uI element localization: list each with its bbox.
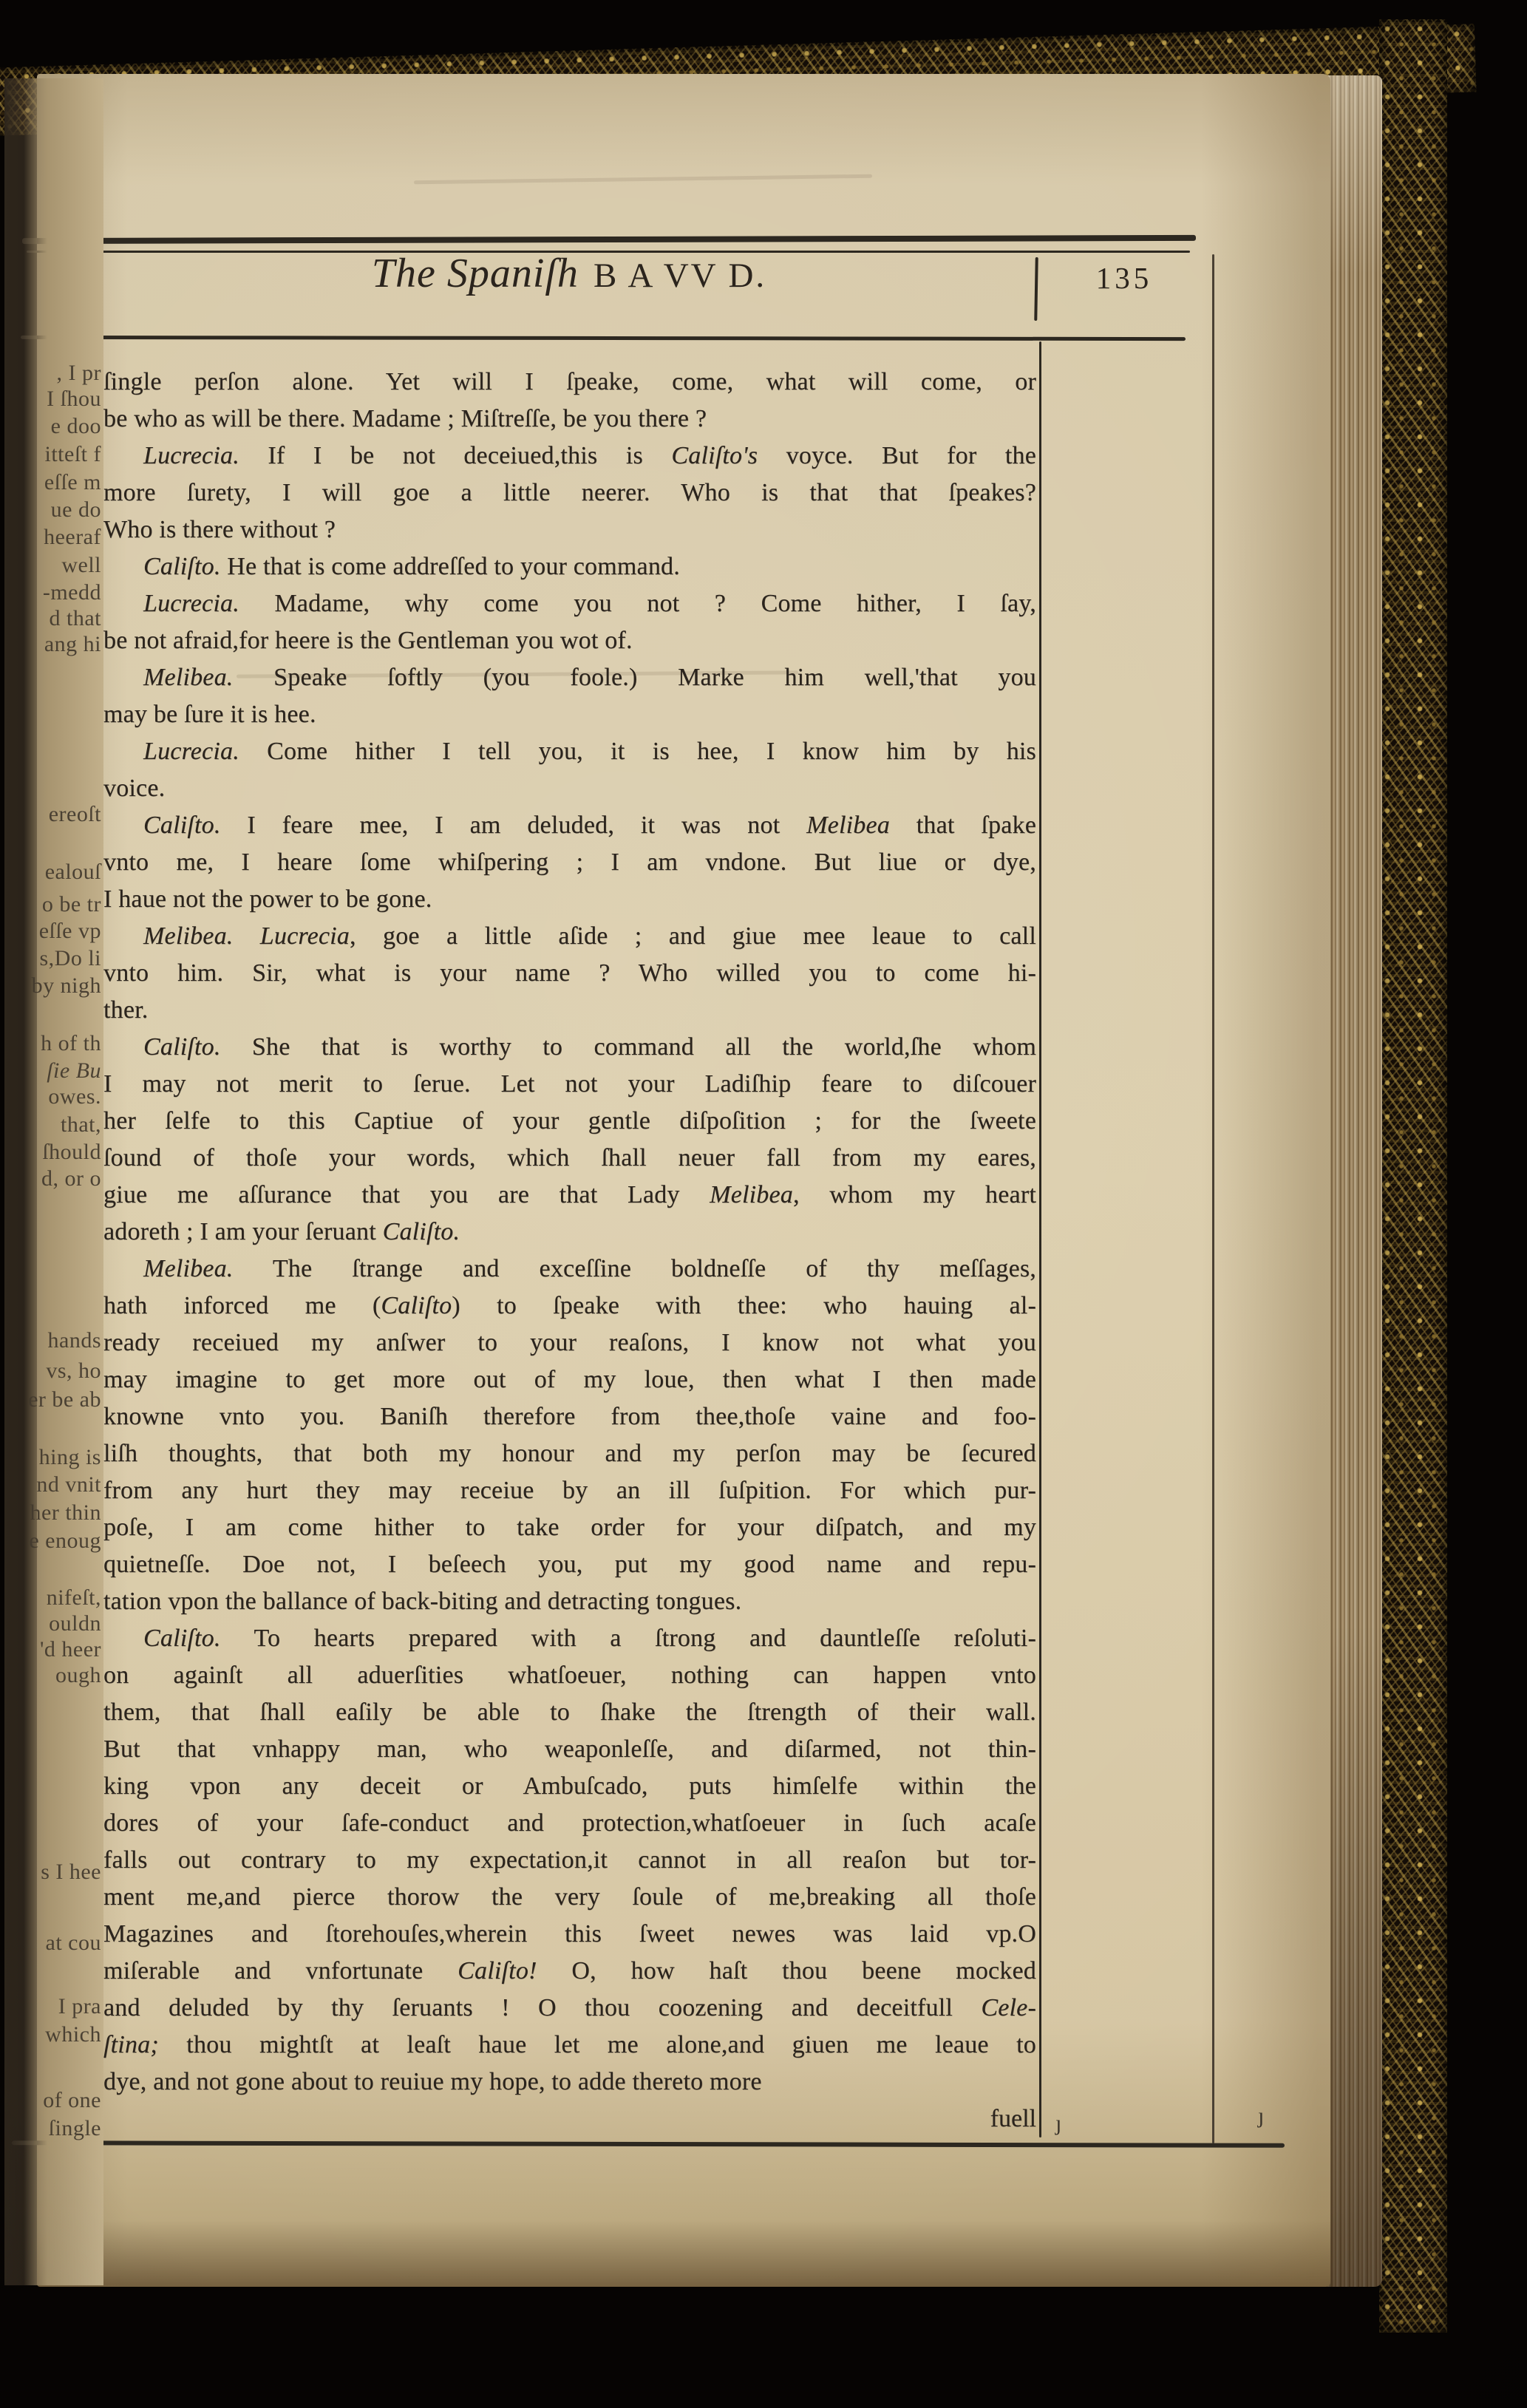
- text-line: hath inforced me (Caliſto) to ſpeake wit…: [103, 1288, 1036, 1324]
- gutter-fragment: itteſt f: [45, 442, 101, 467]
- gutter-fragment: -medd: [43, 580, 101, 605]
- ink-mark: ȷ: [1258, 2103, 1264, 2129]
- text-line: them, that ſhall eaſily be able to ſhake…: [103, 1694, 1036, 1731]
- text-block: ſingle perſon alone. Yet will I ſpeake, …: [103, 364, 1036, 2101]
- gutter-fragment: ang hi: [44, 632, 101, 657]
- text-line: her ſelfe to this Captiue of your gentle…: [103, 1103, 1036, 1140]
- text-line: falls out contrary to my expectation,it …: [103, 1842, 1036, 1879]
- text-line: giue me aſſurance that you are that Lady…: [103, 1177, 1036, 1214]
- gutter-fragment: ue do: [51, 497, 101, 523]
- text-line: Caliſto. To hearts prepared with a ſtron…: [103, 1620, 1036, 1657]
- text-line: ſingle perſon alone. Yet will I ſpeake, …: [103, 364, 1036, 401]
- text-line: ready receiued my anſwer to your reaſons…: [103, 1324, 1036, 1361]
- gutter-fragment: of one: [43, 2088, 101, 2113]
- gutter-fragment: hands: [48, 1328, 102, 1353]
- gutter-fragment: o be tr: [42, 892, 101, 917]
- gilt-binding-right-border: [1379, 19, 1447, 2333]
- text-line: vnto him. Sir, what is your name ? Who w…: [103, 955, 1036, 992]
- page-number: 135: [1041, 260, 1208, 296]
- text-line: Melibea. The ſtrange and exceſſine boldn…: [103, 1251, 1036, 1288]
- text-line: Who is there without ?: [103, 511, 1036, 548]
- ink-mark: ȷ: [1055, 2111, 1061, 2136]
- gutter-fragment: ſie Bu: [47, 1058, 101, 1084]
- gutter-fragment: s I hee: [41, 1860, 101, 1885]
- text-line: be not afraid,for heere is the Gentleman…: [103, 622, 1036, 659]
- text-line: quietneſſe. Doe not, I beſeech you, put …: [103, 1546, 1036, 1583]
- text-line: miſerable and vnfortunate Caliſto! O, ho…: [103, 1953, 1036, 1990]
- gutter-fragment: ereoſt: [49, 802, 101, 827]
- header-title-caps: B A VV D.: [594, 256, 766, 295]
- gutter-fragment: hing is: [39, 1445, 101, 1470]
- text-line: may be ſure it is hee.: [103, 696, 1036, 733]
- gutter-fragment: ealouſ: [45, 860, 101, 885]
- gutter-fragment: nd vnit: [36, 1472, 101, 1497]
- text-line: king vpon any deceit or Ambuſcado, puts …: [103, 1768, 1036, 1805]
- text-line: Melibea. Speake ſoftly (you foole.) Mark…: [103, 659, 1036, 696]
- text-line: Caliſto. I feare mee, I am deluded, it w…: [103, 807, 1036, 844]
- gutter-fragment: which: [45, 2022, 101, 2047]
- text-line: be who as will be there. Madame ; Miſtre…: [103, 401, 1036, 438]
- header-title-italic: The Spaniſh: [372, 251, 579, 296]
- text-line: on againſt all aduerſities whatſoeuer, n…: [103, 1657, 1036, 1694]
- text-line: Lucrecia. If I be not deceiued,this is C…: [103, 438, 1036, 475]
- text-line: more ſurety, I will goe a little neerer.…: [103, 475, 1036, 511]
- text-line: knowne vnto you. Baniſh therefore from t…: [103, 1398, 1036, 1435]
- text-line: tation vpon the ballance of back-biting …: [103, 1583, 1036, 1620]
- gutter-fragment: ſhould: [42, 1140, 101, 1165]
- text-line: Lucrecia. Madame, why come you not ? Com…: [103, 585, 1036, 622]
- catchword: fuell: [103, 2101, 1036, 2137]
- gutter-fragment: her thin: [30, 1500, 101, 1526]
- gutter-fragment: well: [61, 553, 101, 578]
- text-line: But that vnhappy man, who weaponleſſe, a…: [103, 1731, 1036, 1768]
- facing-page-gutter: , I prI ſhoue dooitteſt feſſe mue doheer…: [4, 78, 103, 2285]
- gutter-fragment: er be ab: [28, 1387, 101, 1412]
- gutter-fragment: eſſe vp: [39, 919, 101, 944]
- gutter-fragment: e enoug: [29, 1528, 101, 1554]
- gutter-fragment: , I pr: [57, 361, 101, 386]
- text-line: voice.: [103, 770, 1036, 807]
- text-line: ther.: [103, 992, 1036, 1029]
- text-line: and deluded by thy ſeruants ! O thou coo…: [103, 1990, 1036, 2027]
- text-line: adoreth ; I am your ſeruant Caliſto.: [103, 1214, 1036, 1251]
- text-line: Melibea. Lucrecia, goe a little aſide ; …: [103, 918, 1036, 955]
- text-line: dores of your ſafe-conduct and protectio…: [103, 1805, 1036, 1842]
- text-line: Magazines and ſtorehouſes,wherein this ſ…: [103, 1916, 1036, 1953]
- text-line: ſound of thoſe your words, which ſhall n…: [103, 1140, 1036, 1177]
- text-line: poſe, I am come hither to take order for…: [103, 1509, 1036, 1546]
- gutter-fragment: that,: [61, 1112, 101, 1137]
- gutter-fragment: heeraf: [44, 525, 101, 550]
- gutter-fragment: vs, ho: [46, 1358, 101, 1384]
- text-line: ment me,and pierce thorow the very ſoule…: [103, 1879, 1036, 1916]
- running-header: The SpaniſhB A VV D.: [103, 250, 1035, 324]
- text-line: liſh thoughts, that both my honour and m…: [103, 1435, 1036, 1472]
- text-line: I may not merit to ſerue. Let not your L…: [103, 1066, 1036, 1103]
- gutter-fragment: s,Do li: [39, 946, 101, 971]
- gutter-fragment: at cou: [46, 1931, 101, 1956]
- gutter-fragment: h of th: [41, 1031, 101, 1056]
- gutter-fragment: owes.: [48, 1084, 101, 1109]
- gutter-fragment: eſſe m: [44, 470, 101, 495]
- gutter-fragment: d that: [50, 606, 102, 631]
- text-line: from any hurt they may receiue by an ill…: [103, 1472, 1036, 1509]
- text-line: Caliſto. He that is come addreſſed to yo…: [103, 548, 1036, 585]
- gutter-fragment: I ſhou: [47, 387, 101, 412]
- gutter-fragment: 'd heer: [40, 1637, 101, 1662]
- gutter-fragment: nifeſt,: [47, 1585, 101, 1611]
- text-line: Lucrecia. Come hither I tell you, it is …: [103, 733, 1036, 770]
- text-line: Caliſto. She that is worthy to command a…: [103, 1029, 1036, 1066]
- book-photo: The SpaniſhB A VV D. 135 ſingle perſon a…: [0, 0, 1527, 2408]
- gutter-fragment: by nigh: [32, 973, 101, 999]
- text-line: ſtina; thou mightſt at leaſt haue let me…: [103, 2027, 1036, 2064]
- text-column-right-rule: [1039, 341, 1041, 2137]
- outer-margin-frame-rule: [1212, 254, 1214, 2143]
- gutter-fragment: ouldn: [49, 1611, 101, 1636]
- gutter-fragment: ſingle: [49, 2116, 101, 2141]
- text-line: vnto me, I heare ſome whiſpering ; I am …: [103, 844, 1036, 881]
- page-edge-stack: [1327, 75, 1382, 2287]
- text-line: may imagine to get more out of my loue, …: [103, 1361, 1036, 1398]
- gutter-fragment: ough: [55, 1663, 101, 1688]
- gutter-fragment: d, or o: [41, 1166, 101, 1191]
- text-line: I haue not the power to be gone.: [103, 881, 1036, 918]
- gutter-fragment: I pra: [58, 1994, 101, 2019]
- text-line: dye, and not gone about to reuiue my hop…: [103, 2064, 1036, 2101]
- gutter-fragment: e doo: [51, 414, 101, 439]
